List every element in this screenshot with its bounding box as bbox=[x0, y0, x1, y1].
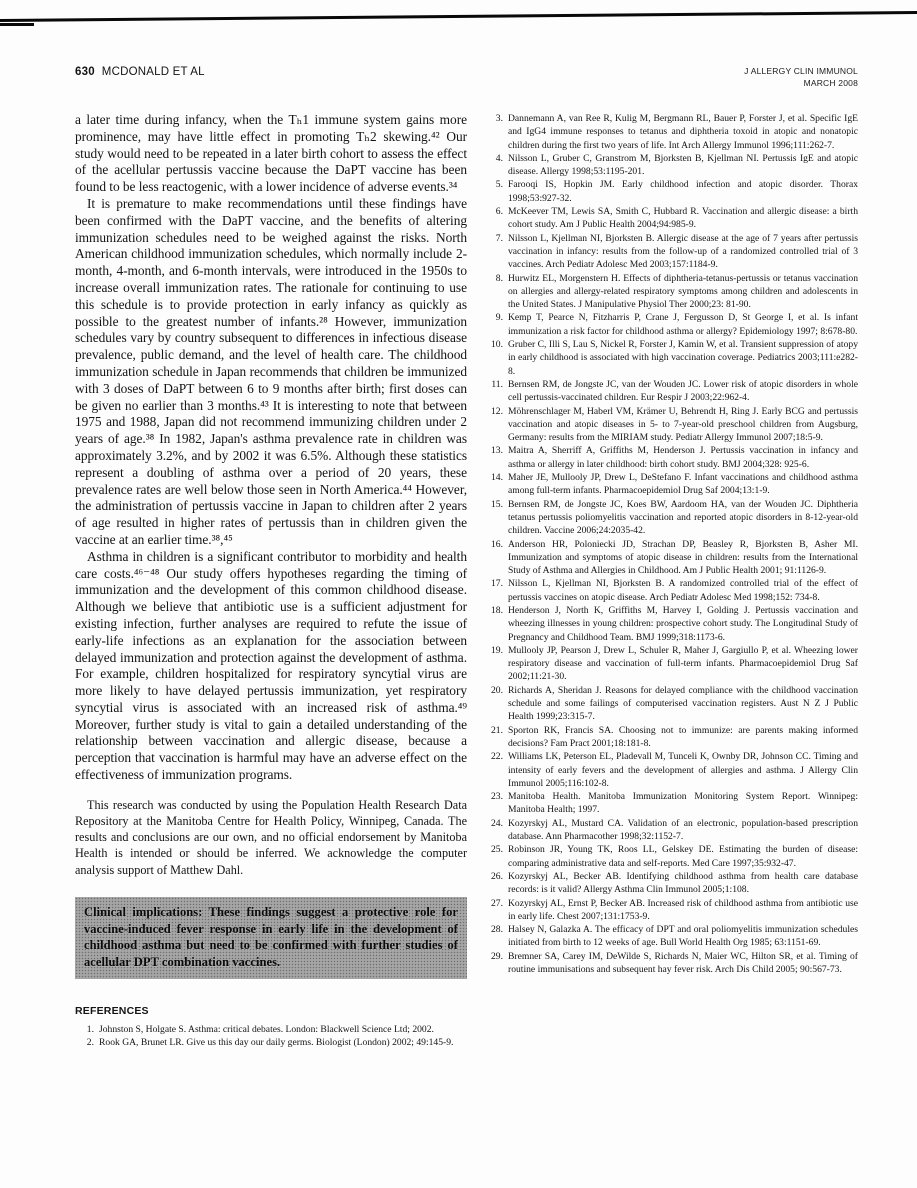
reference-item: 20. Richards A, Sheridan J. Reasons for … bbox=[484, 684, 858, 724]
reference-text: Nilsson L, Kjellman NI, Bjorksten B. All… bbox=[508, 232, 858, 272]
reference-item: 1. Johnston S, Holgate S. Asthma: critic… bbox=[75, 1023, 467, 1036]
reference-number: 16. bbox=[484, 538, 508, 578]
reference-number: 3. bbox=[484, 112, 508, 152]
reference-item: 2. Rook GA, Brunet LR. Give us this day … bbox=[75, 1036, 467, 1049]
reference-number: 6. bbox=[484, 205, 508, 232]
reference-text: Möhrenschlager M, Haberl VM, Krämer U, B… bbox=[508, 405, 858, 445]
reference-text: Halsey N, Galazka A. The efficacy of DPT… bbox=[508, 923, 858, 950]
reference-number: 19. bbox=[484, 644, 508, 684]
reference-item: 9. Kemp T, Pearce N, Fitzharris P, Crane… bbox=[484, 311, 858, 338]
reference-number: 23. bbox=[484, 790, 508, 817]
reference-number: 27. bbox=[484, 897, 508, 924]
reference-text: Mullooly JP, Pearson J, Drew L, Schuler … bbox=[508, 644, 858, 684]
running-head-left: 630MCDONALD ET AL bbox=[75, 66, 205, 78]
reference-text: Sporton RK, Francis SA. Choosing not to … bbox=[508, 724, 858, 751]
reference-item: 16. Anderson HR, Poloniecki JD, Strachan… bbox=[484, 538, 858, 578]
reference-item: 11. Bernsen RM, de Jongste JC, van der W… bbox=[484, 378, 858, 405]
reference-text: Farooqi IS, Hopkin JM. Early childhood i… bbox=[508, 178, 858, 205]
reference-item: 12. Möhrenschlager M, Haberl VM, Krämer … bbox=[484, 405, 858, 445]
reference-item: 24. Kozyrskyj AL, Mustard CA. Validation… bbox=[484, 817, 858, 844]
reference-item: 27. Kozyrskyj AL, Ernst P, Becker AB. In… bbox=[484, 897, 858, 924]
reference-number: 28. bbox=[484, 923, 508, 950]
reference-text: Bernsen RM, de Jongste JC, Koes BW, Aard… bbox=[508, 498, 858, 538]
journal-name: J ALLERGY CLIN IMMUNOL bbox=[744, 66, 858, 78]
reference-item: 18. Henderson J, North K, Griffiths M, H… bbox=[484, 604, 858, 644]
reference-number: 10. bbox=[484, 338, 508, 378]
reference-item: 23. Manitoba Health. Manitoba Immunizati… bbox=[484, 790, 858, 817]
reference-item: 26. Kozyrskyj AL, Becker AB. Identifying… bbox=[484, 870, 858, 897]
reference-text: Kemp T, Pearce N, Fitzharris P, Crane J,… bbox=[508, 311, 858, 338]
reference-item: 25. Robinson JR, Young TK, Roos LL, Gels… bbox=[484, 843, 858, 870]
references-heading: REFERENCES bbox=[75, 1005, 467, 1017]
reference-text: Gruber C, Illi S, Lau S, Nickel R, Forst… bbox=[508, 338, 858, 378]
reference-item: 28. Halsey N, Galazka A. The efficacy of… bbox=[484, 923, 858, 950]
reference-text: Anderson HR, Poloniecki JD, Strachan DP,… bbox=[508, 538, 858, 578]
scan-artifact-mark bbox=[0, 23, 34, 26]
reference-number: 15. bbox=[484, 498, 508, 538]
reference-number: 7. bbox=[484, 232, 508, 272]
scan-artifact-line bbox=[0, 11, 917, 22]
reference-item: 5. Farooqi IS, Hopkin JM. Early childhoo… bbox=[484, 178, 858, 205]
reference-text: Kozyrskyj AL, Mustard CA. Validation of … bbox=[508, 817, 858, 844]
reference-number: 11. bbox=[484, 378, 508, 405]
reference-number: 12. bbox=[484, 405, 508, 445]
reference-item: 10. Gruber C, Illi S, Lau S, Nickel R, F… bbox=[484, 338, 858, 378]
body-paragraph: Asthma in children is a significant cont… bbox=[75, 549, 467, 784]
clinical-implications-box: Clinical implications: These findings su… bbox=[75, 897, 467, 979]
reference-item: 29. Bremner SA, Carey IM, DeWilde S, Ric… bbox=[484, 950, 858, 977]
reference-item: 4. Nilsson L, Gruber C, Granstrom M, Bjo… bbox=[484, 152, 858, 179]
reference-item: 6. McKeever TM, Lewis SA, Smith C, Hubba… bbox=[484, 205, 858, 232]
reference-text: Williams LK, Peterson EL, Pladevall M, T… bbox=[508, 750, 858, 790]
references-list-left: 1. Johnston S, Holgate S. Asthma: critic… bbox=[75, 1023, 467, 1050]
reference-number: 22. bbox=[484, 750, 508, 790]
reference-item: 7. Nilsson L, Kjellman NI, Bjorksten B. … bbox=[484, 232, 858, 272]
body-paragraph: It is premature to make recommendations … bbox=[75, 196, 467, 549]
reference-number: 13. bbox=[484, 444, 508, 471]
reference-text: Rook GA, Brunet LR. Give us this day our… bbox=[99, 1036, 467, 1049]
article-body: a later time during infancy, when the Tₕ… bbox=[75, 112, 858, 1050]
reference-number: 18. bbox=[484, 604, 508, 644]
reference-text: Johnston S, Holgate S. Asthma: critical … bbox=[99, 1023, 467, 1036]
reference-text: Maitra A, Sherriff A, Griffiths M, Hende… bbox=[508, 444, 858, 471]
left-column: a later time during infancy, when the Tₕ… bbox=[75, 112, 467, 1050]
page-number: 630 bbox=[75, 66, 95, 78]
reference-number: 1. bbox=[75, 1023, 99, 1036]
reference-number: 17. bbox=[484, 577, 508, 604]
reference-number: 9. bbox=[484, 311, 508, 338]
references-list-right: 3. Dannemann A, van Ree R, Kulig M, Berg… bbox=[484, 112, 858, 976]
reference-item: 19. Mullooly JP, Pearson J, Drew L, Schu… bbox=[484, 644, 858, 684]
reference-text: Bremner SA, Carey IM, DeWilde S, Richard… bbox=[508, 950, 858, 977]
journal-page: 630MCDONALD ET AL J ALLERGY CLIN IMMUNOL… bbox=[0, 0, 917, 1188]
reference-number: 4. bbox=[484, 152, 508, 179]
reference-item: 8. Hurwitz EL, Morgenstern H. Effects of… bbox=[484, 272, 858, 312]
reference-text: Nilsson L, Gruber C, Granstrom M, Bjorks… bbox=[508, 152, 858, 179]
reference-item: 14. Maher JE, Mullooly JP, Drew L, DeSte… bbox=[484, 471, 858, 498]
reference-number: 14. bbox=[484, 471, 508, 498]
reference-text: Manitoba Health. Manitoba Immunization M… bbox=[508, 790, 858, 817]
reference-text: Kozyrskyj AL, Becker AB. Identifying chi… bbox=[508, 870, 858, 897]
reference-number: 24. bbox=[484, 817, 508, 844]
reference-text: Nilsson L, Kjellman NI, Bjorksten B. A r… bbox=[508, 577, 858, 604]
reference-text: Henderson J, North K, Griffiths M, Harve… bbox=[508, 604, 858, 644]
reference-item: 3. Dannemann A, van Ree R, Kulig M, Berg… bbox=[484, 112, 858, 152]
reference-item: 21. Sporton RK, Francis SA. Choosing not… bbox=[484, 724, 858, 751]
right-column: 3. Dannemann A, van Ree R, Kulig M, Berg… bbox=[484, 112, 858, 1050]
acknowledgment: This research was conducted by using the… bbox=[75, 797, 467, 878]
reference-text: Maher JE, Mullooly JP, Drew L, DeStefano… bbox=[508, 471, 858, 498]
reference-number: 8. bbox=[484, 272, 508, 312]
reference-number: 29. bbox=[484, 950, 508, 977]
reference-number: 5. bbox=[484, 178, 508, 205]
page-header: 630MCDONALD ET AL J ALLERGY CLIN IMMUNOL… bbox=[75, 66, 858, 89]
reference-text: Robinson JR, Young TK, Roos LL, Gelskey … bbox=[508, 843, 858, 870]
reference-number: 2. bbox=[75, 1036, 99, 1049]
running-head-right: J ALLERGY CLIN IMMUNOL MARCH 2008 bbox=[744, 66, 858, 89]
reference-number: 21. bbox=[484, 724, 508, 751]
reference-text: McKeever TM, Lewis SA, Smith C, Hubbard … bbox=[508, 205, 858, 232]
reference-text: Kozyrskyj AL, Ernst P, Becker AB. Increa… bbox=[508, 897, 858, 924]
reference-number: 26. bbox=[484, 870, 508, 897]
reference-item: 13. Maitra A, Sherriff A, Griffiths M, H… bbox=[484, 444, 858, 471]
reference-text: Bernsen RM, de Jongste JC, van der Woude… bbox=[508, 378, 858, 405]
reference-number: 25. bbox=[484, 843, 508, 870]
body-paragraph: a later time during infancy, when the Tₕ… bbox=[75, 112, 467, 196]
reference-item: 15. Bernsen RM, de Jongste JC, Koes BW, … bbox=[484, 498, 858, 538]
clinical-implications-text: Clinical implications: These findings su… bbox=[84, 905, 458, 969]
reference-text: Dannemann A, van Ree R, Kulig M, Bergman… bbox=[508, 112, 858, 152]
reference-item: 22. Williams LK, Peterson EL, Pladevall … bbox=[484, 750, 858, 790]
reference-text: Richards A, Sheridan J. Reasons for dela… bbox=[508, 684, 858, 724]
reference-item: 17. Nilsson L, Kjellman NI, Bjorksten B.… bbox=[484, 577, 858, 604]
issue-date: MARCH 2008 bbox=[744, 78, 858, 90]
running-authors: MCDONALD ET AL bbox=[102, 66, 205, 78]
reference-number: 20. bbox=[484, 684, 508, 724]
reference-text: Hurwitz EL, Morgenstern H. Effects of di… bbox=[508, 272, 858, 312]
